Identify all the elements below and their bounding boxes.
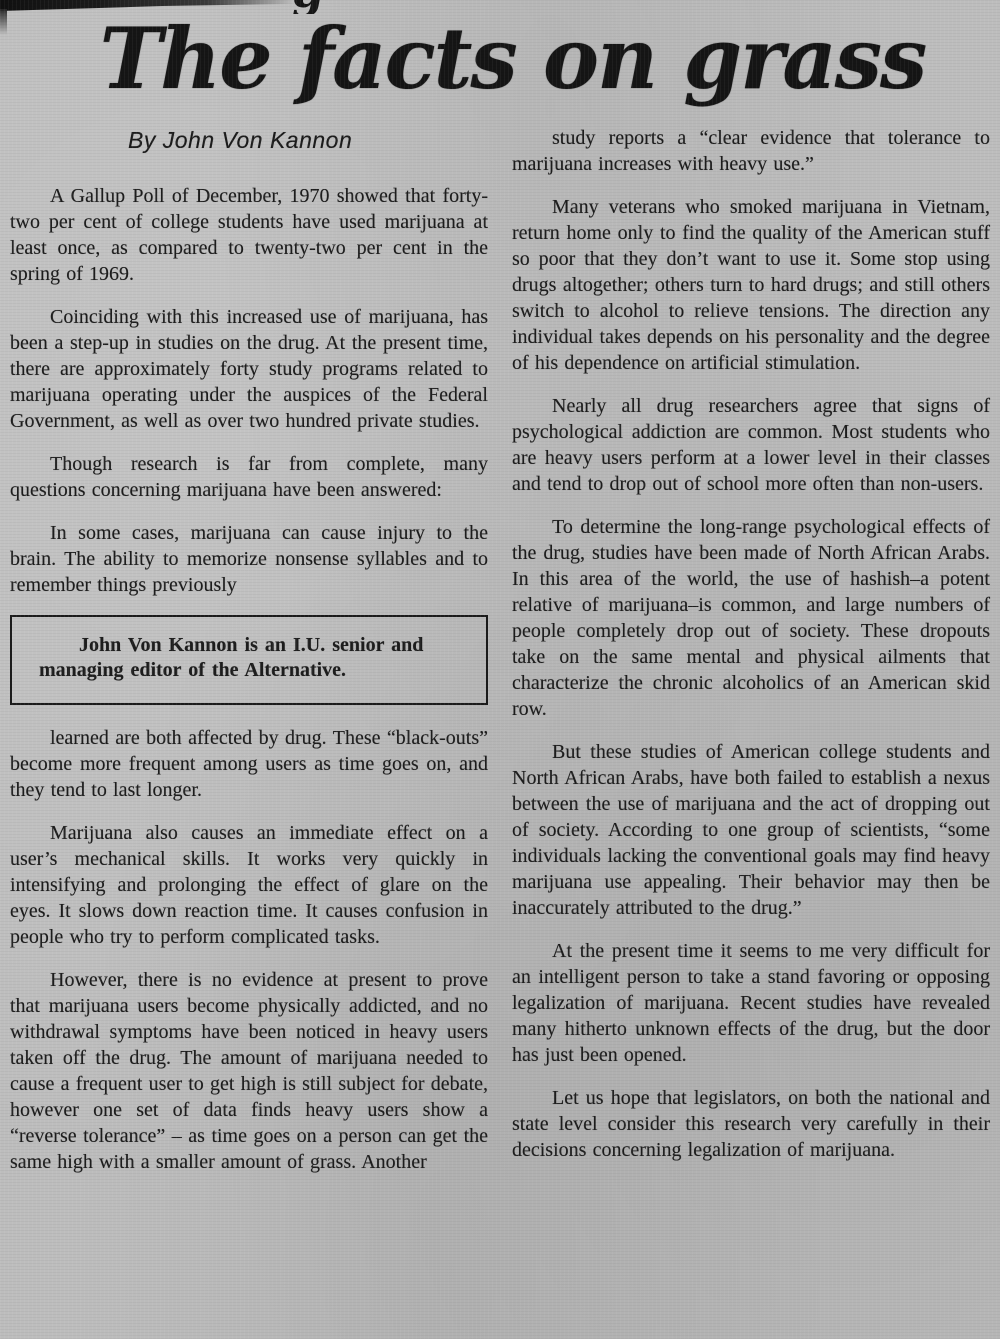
newspaper-scan-page: g The facts on grass By John Von Kannon … [0, 0, 1000, 1339]
author-note-box: John Von Kannon is an I.U. senior and ma… [10, 615, 488, 705]
article-headline: The facts on grass [95, 0, 930, 105]
article-byline: By John Von Kannon [128, 127, 488, 153]
paragraph: To determine the long-range psychologica… [512, 514, 990, 722]
paragraph: In some cases, marijuana can cause injur… [10, 520, 488, 598]
left-column: By John Von Kannon A Gallup Poll of Dece… [10, 125, 488, 1175]
paragraph: But these studies of American college st… [512, 739, 990, 921]
paragraph: Many veterans who smoked marijuana in Vi… [512, 194, 990, 376]
paragraph: Let us hope that legislators, on both th… [512, 1085, 990, 1163]
paragraph: learned are both affected by drug. These… [10, 725, 488, 803]
paragraph: Marijuana also causes an immediate effec… [10, 820, 488, 950]
right-column: study reports a “clear evidence that tol… [512, 125, 990, 1175]
paragraph: Though research is far from complete, ma… [10, 451, 488, 503]
paragraph: study reports a “clear evidence that tol… [512, 125, 990, 177]
scan-edge-mark [0, 9, 7, 35]
paragraph: However, there is no evidence at present… [10, 967, 488, 1175]
paragraph: A Gallup Poll of December, 1970 showed t… [10, 183, 488, 287]
paragraph: Nearly all drug researchers agree that s… [512, 393, 990, 497]
paragraph: At the present time it seems to me very … [512, 938, 990, 1068]
article-columns: By John Von Kannon A Gallup Poll of Dece… [0, 125, 1000, 1175]
paragraph: Coinciding with this increased use of ma… [10, 304, 488, 434]
author-note-text: John Von Kannon is an I.U. senior and ma… [39, 634, 423, 681]
